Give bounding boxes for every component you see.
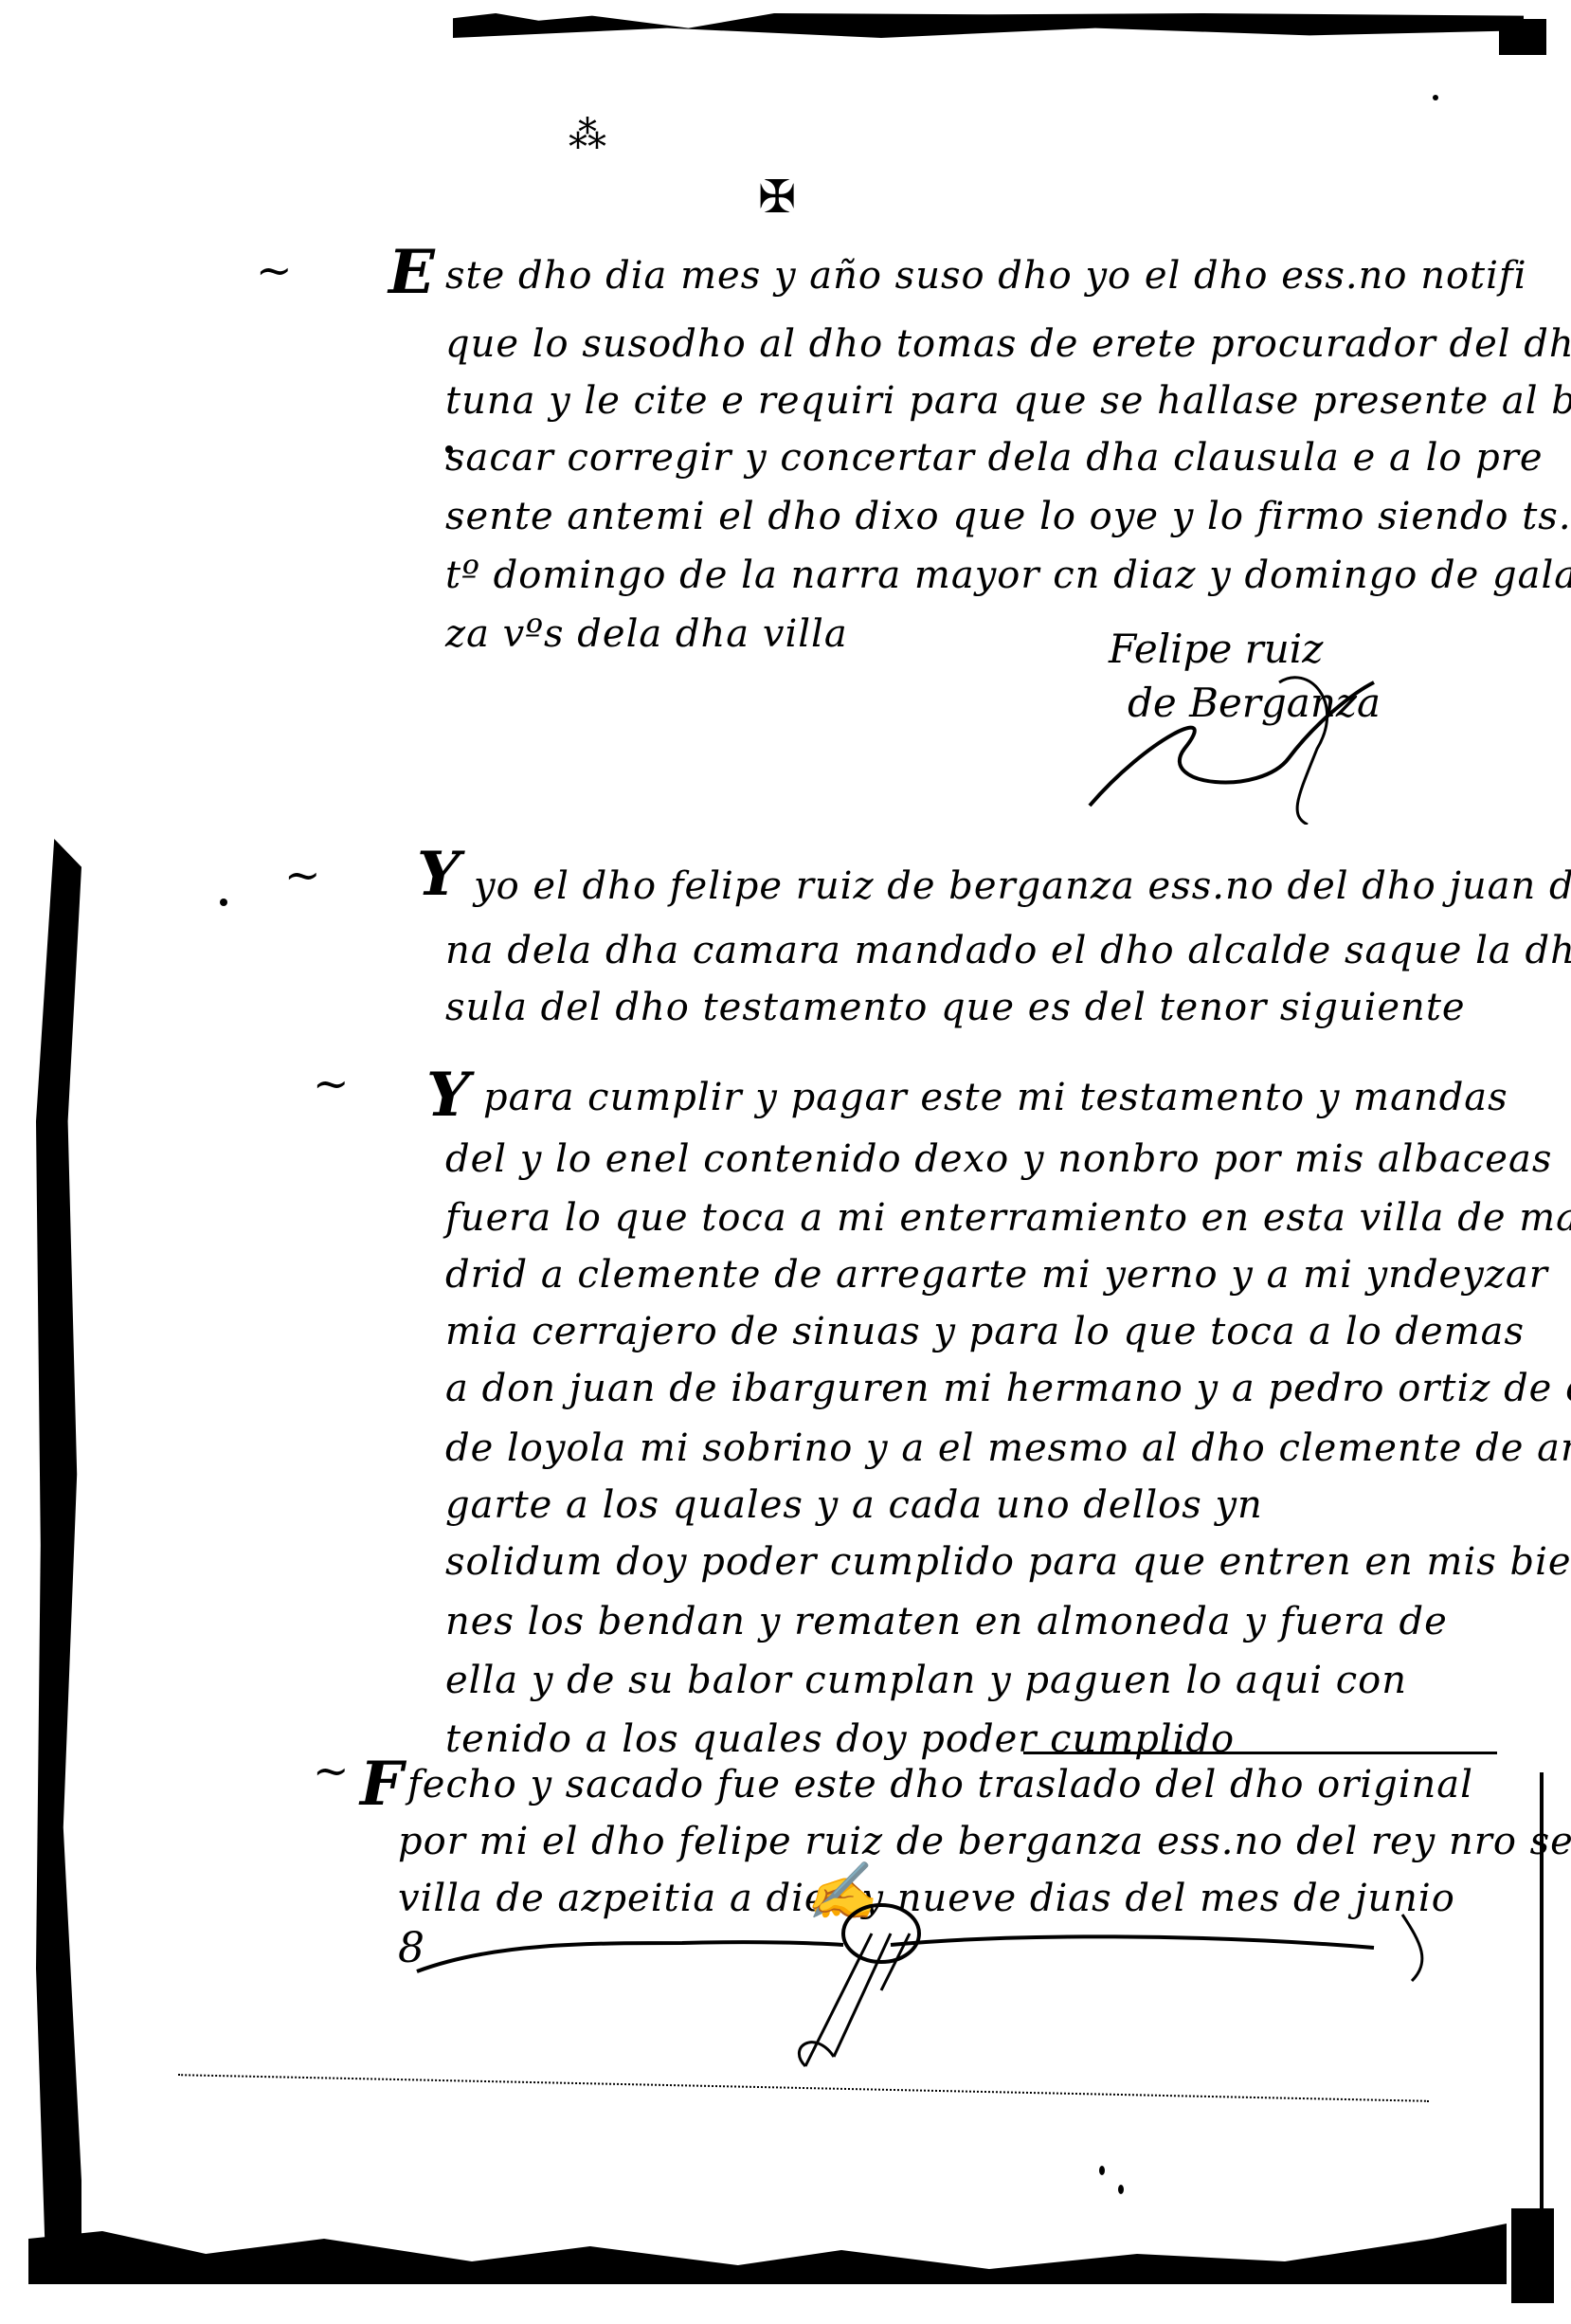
- scan-edge-bottom: [28, 2208, 1507, 2284]
- text-line: garte a los quales y a cada uno dellos y…: [445, 1483, 1263, 1527]
- text-line: que lo susodho al dho tomas de erete pro…: [445, 322, 1571, 366]
- text-line: sacar corregir y concertar dela dha clau…: [445, 436, 1544, 480]
- text-line: sula del dho testamento que es del tenor…: [445, 986, 1466, 1029]
- header-cross-symbol: ✠: [758, 171, 796, 224]
- scan-corner-bottom-right: [1511, 2208, 1554, 2303]
- margin-mark: ~: [313, 1062, 350, 1105]
- text-line: drid a clemente de arregarte mi yerno y …: [445, 1253, 1548, 1297]
- text-line: ella y de su balor cumplan y paguen lo a…: [445, 1659, 1407, 1702]
- scan-speck: [1433, 95, 1438, 100]
- text-line: na dela dha camara mandado el dho alcald…: [445, 929, 1571, 972]
- text-line: fecho y sacado fue este dho traslado del…: [407, 1763, 1473, 1807]
- text-line: ste dho dia mes y año suso dho yo el dho…: [445, 254, 1527, 298]
- text-line: de loyola mi sobrino y a el mesmo al dho…: [445, 1426, 1571, 1470]
- text-line: solidum doy poder cumplido para que entr…: [445, 1540, 1571, 1584]
- text-line: del y lo enel contenido dexo y nonbro po…: [445, 1137, 1552, 1181]
- scan-edge-left: [36, 839, 81, 2251]
- margin-mark: ~: [313, 1749, 350, 1792]
- scan-speck: [445, 445, 453, 453]
- scan-speck: [1099, 2166, 1105, 2175]
- text-line: fuera lo que toca a mi enterramiento en …: [445, 1196, 1571, 1240]
- text-line: tº domingo de la narra mayor cn diaz y d…: [445, 554, 1571, 597]
- scan-edge-top: [453, 13, 1524, 38]
- margin-mark: ~: [256, 248, 293, 292]
- text-line: tuna y le cite e requiri para que se hal…: [445, 379, 1571, 423]
- notary-flourish: [777, 1877, 948, 2085]
- text-line: para cumplir y pagar este mi testamento …: [483, 1076, 1508, 1119]
- manuscript-page: ⁂ ✠ ~ E ste dho dia mes y año suso dho y…: [0, 0, 1571, 2324]
- paragraph-initial: Y: [426, 1060, 471, 1131]
- text-line: nes los bendan y rematen en almoneda y f…: [445, 1600, 1448, 1643]
- scan-corner-top-right: [1499, 19, 1546, 55]
- scan-speck: [220, 899, 227, 906]
- text-line: sente antemi el dho dixo que lo oye y lo…: [445, 495, 1571, 538]
- closing-rubric-stroke: [398, 1905, 1571, 2095]
- signature-felipe-ruiz-de-berganza: Felipe ruiz de Berganza: [1109, 626, 1381, 726]
- signature-notary-rubric: ✍: [805, 1858, 876, 1925]
- paragraph-initial: E: [388, 237, 436, 308]
- text-line: tenido a los quales doy poder cumplido: [445, 1717, 1235, 1761]
- margin-mark: ~: [284, 853, 321, 897]
- paragraph-initial: F: [360, 1749, 404, 1820]
- text-line: za vºs dela dha villa: [445, 612, 848, 656]
- text-line: a don juan de ibarguren mi hermano y a p…: [445, 1367, 1571, 1410]
- text-line: mia cerrajero de sinuas y para lo que to…: [445, 1310, 1525, 1353]
- header-mark-left: ⁂: [569, 114, 606, 157]
- scan-speck: [1118, 2185, 1124, 2194]
- paragraph-initial: Y: [417, 839, 461, 910]
- text-line: por mi el dho felipe ruiz de berganza es…: [398, 1820, 1571, 1863]
- line-filler-stroke: [1023, 1752, 1497, 1754]
- text-line: yo el dho felipe ruiz de berganza ess.no…: [474, 864, 1571, 908]
- signature-rubric-flourish: [1071, 663, 1393, 825]
